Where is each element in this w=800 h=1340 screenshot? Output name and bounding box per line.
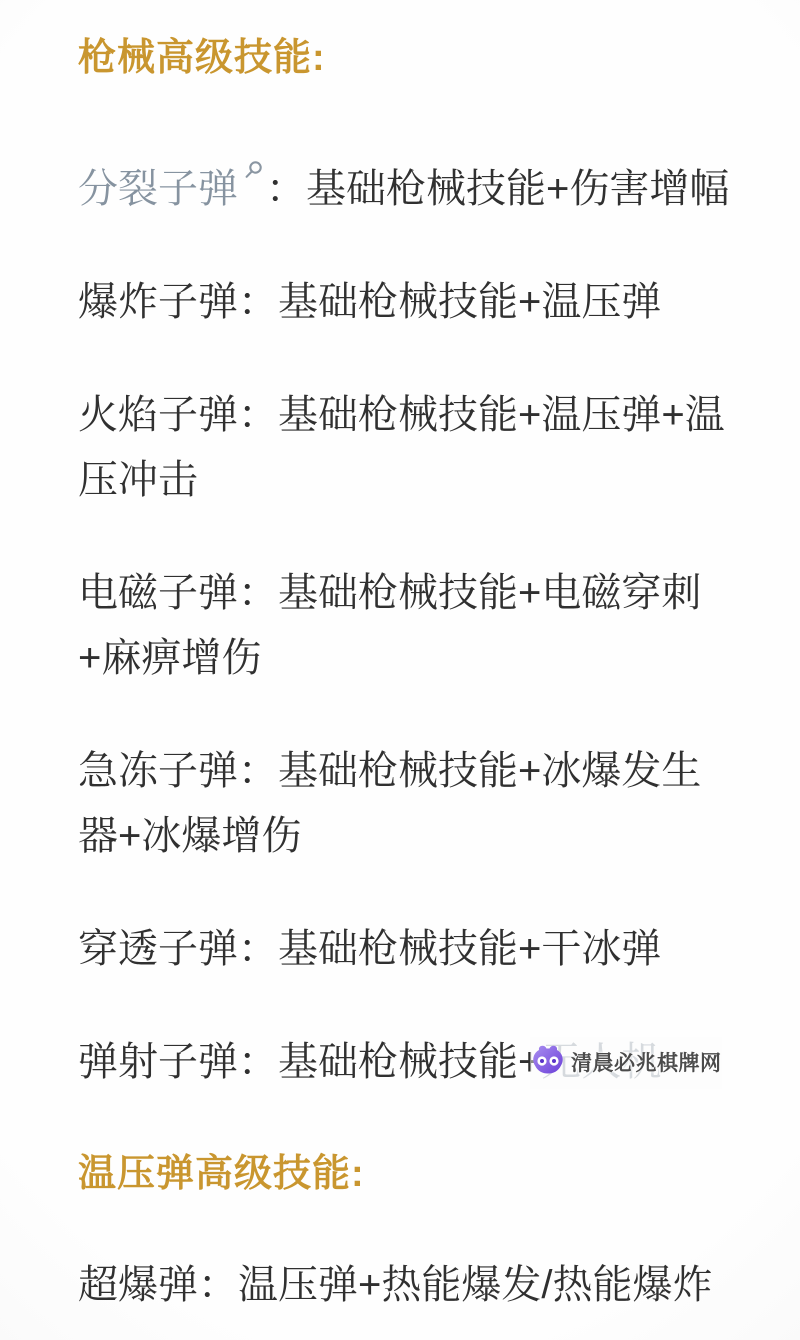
skill-item-text-faded: 无人机	[541, 1040, 661, 1084]
skill-item-ricochet-bullet: 弹射子弹：基础枪械技能+无人机 清晨必兆棋牌网	[78, 1030, 734, 1095]
skill-item-electromagnetic-bullet: 电磁子弹：基础枪械技能+电磁穿刺+麻痹增伤	[78, 561, 734, 691]
entity-link-split-bullet[interactable]: 分裂子弹	[78, 167, 238, 211]
skill-item-split-bullet: 分裂子弹 ：基础枪械技能+伤害增幅	[78, 137, 734, 222]
skill-item-freeze-bullet: 急冻子弹：基础枪械技能+冰爆发生器+冰爆增伤	[78, 739, 734, 869]
skill-item-explosive-bullet: 爆炸子弹：基础枪械技能+温压弹	[78, 270, 734, 335]
skill-item-super-explosive: 超爆弹：温压弹+热能爆发/热能爆炸	[78, 1253, 734, 1318]
search-icon[interactable]	[242, 147, 264, 191]
section-heading-firearms: 枪械高级技能:	[78, 27, 734, 89]
section-heading-thermobaric: 温压弹高级技能:	[78, 1143, 734, 1205]
skill-item-flame-bullet: 火焰子弹：基础枪械技能+温压弹+温压冲击	[78, 383, 734, 513]
article-body: 枪械高级技能: 分裂子弹 ：基础枪械技能+伤害增幅 爆炸子弹：基础枪械技能+温压…	[0, 0, 800, 1318]
skill-item-text: 弹射子弹：基础枪械技能+	[78, 1040, 541, 1084]
skill-item-text: ：基础枪械技能+伤害增幅	[266, 167, 729, 211]
skill-item-piercing-bullet: 穿透子弹：基础枪械技能+干冰弹	[78, 917, 734, 982]
